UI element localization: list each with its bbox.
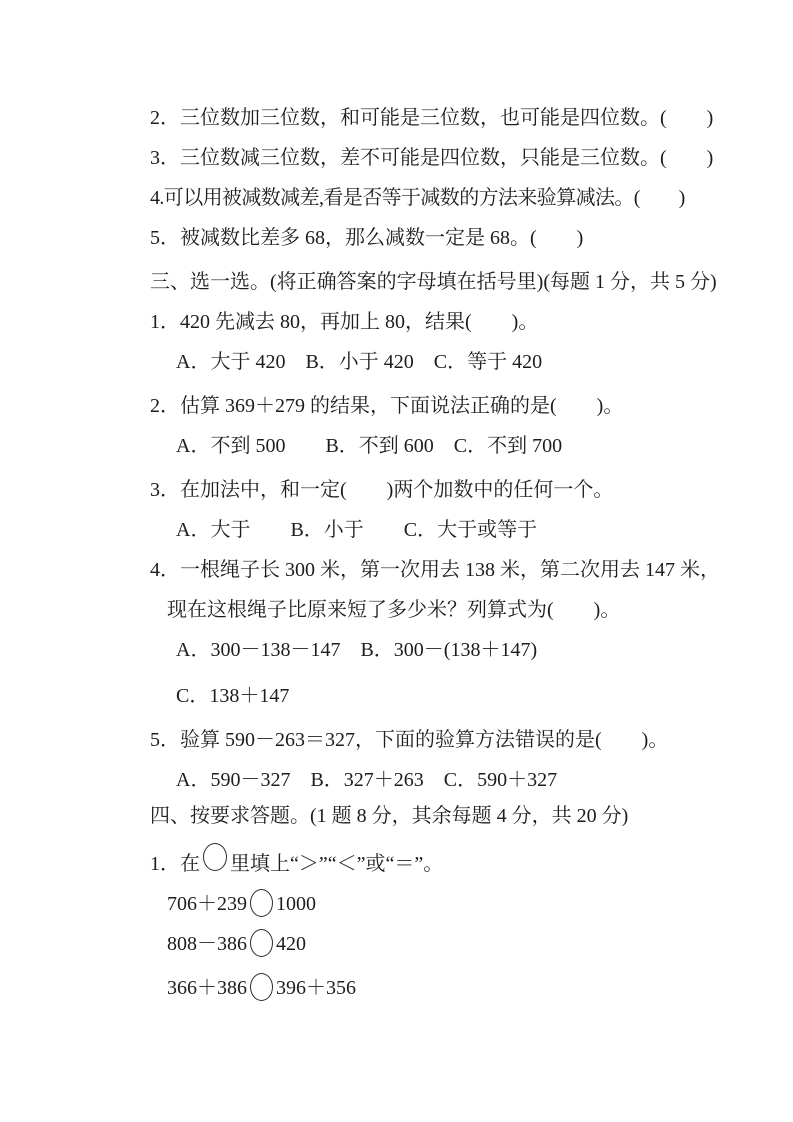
- empty-circle-icon: [250, 973, 273, 1001]
- empty-circle-icon: [250, 889, 273, 917]
- judge-item-4: 4.可以用被减数减差,看是否等于减数的方法来验算减法。( ): [150, 178, 753, 218]
- choice-q4-options-ab: A．300－138－147 B．300－(138＋147): [150, 630, 753, 670]
- choice-q3-options: A．大于 B．小于 C．大于或等于: [150, 510, 753, 550]
- judge-section: 2．三位数加三位数，和可能是三位数，也可能是四位数。( ) 3．三位数减三位数，…: [150, 98, 753, 258]
- comparison-row: 808－386420: [150, 924, 753, 964]
- worksheet-body: 2．三位数加三位数，和可能是三位数，也可能是四位数。( ) 3．三位数减三位数，…: [0, 0, 793, 1008]
- empty-circle-icon: [203, 843, 227, 871]
- choice-q1-stem: 1．420 先减去 80，再加上 80，结果( )。: [150, 302, 753, 342]
- comparison-right: 1000: [276, 893, 316, 915]
- choice-section: 三、选一选。(将正确答案的字母填在括号里)(每题 1 分，共 5 分) 1．42…: [150, 262, 753, 800]
- judge-item-2: 2．三位数加三位数，和可能是三位数，也可能是四位数。( ): [150, 98, 753, 138]
- choice-q5-stem: 5．验算 590－263＝327，下面的验算方法错误的是( )。: [150, 720, 753, 760]
- choice-q2-options: A．不到 500 B．不到 600 C．不到 700: [150, 426, 753, 466]
- choice-q5-options: A．590－327 B．327＋263 C．590＋327: [150, 760, 753, 800]
- choice-section-heading: 三、选一选。(将正确答案的字母填在括号里)(每题 1 分，共 5 分): [150, 262, 753, 302]
- judge-item-5: 5．被减数比差多 68，那么减数一定是 68。( ): [150, 218, 753, 258]
- choice-q4-option-c: C．138＋147: [150, 676, 753, 716]
- comparison-right: 396＋356: [276, 977, 356, 999]
- worksheet-page: 2．三位数加三位数，和可能是三位数，也可能是四位数。( ) 3．三位数减三位数，…: [0, 0, 793, 1122]
- answer-section-heading: 四、按要求答题。(1 题 8 分，其余每题 4 分，共 20 分): [150, 796, 753, 836]
- choice-q2-stem: 2．估算 369＋279 的结果，下面说法正确的是( )。: [150, 386, 753, 426]
- comparison-left: 808－386: [167, 933, 247, 955]
- choice-q4-stem-line2: 现在这根绳子比原来短了多少米？列算式为( )。: [150, 590, 753, 630]
- comparison-row: 366＋386396＋356: [150, 968, 753, 1008]
- comparison-right: 420: [276, 933, 306, 955]
- choice-q3-stem: 3．在加法中，和一定( )两个加数中的任何一个。: [150, 470, 753, 510]
- comparison-row: 706＋2391000: [150, 884, 753, 924]
- empty-circle-icon: [250, 929, 273, 957]
- choice-q1-options: A．大于 420 B．小于 420 C．等于 420: [150, 342, 753, 382]
- choice-q4-stem-line1: 4．一根绳子长 300 米，第一次用去 138 米，第二次用去 147 米，: [150, 550, 753, 590]
- instruction-text-after: 里填上“＞”“＜”或“＝”。: [230, 853, 443, 875]
- judge-item-3: 3．三位数减三位数，差不可能是四位数，只能是三位数。( ): [150, 138, 753, 178]
- comparison-left: 366＋386: [167, 977, 247, 999]
- answer-section: 四、按要求答题。(1 题 8 分，其余每题 4 分，共 20 分) 1．在里填上…: [150, 796, 753, 1008]
- comparison-left: 706＋239: [167, 893, 247, 915]
- fill-circle-instruction: 1．在里填上“＞”“＜”或“＝”。: [150, 844, 753, 884]
- instruction-text-before: 1．在: [150, 853, 200, 875]
